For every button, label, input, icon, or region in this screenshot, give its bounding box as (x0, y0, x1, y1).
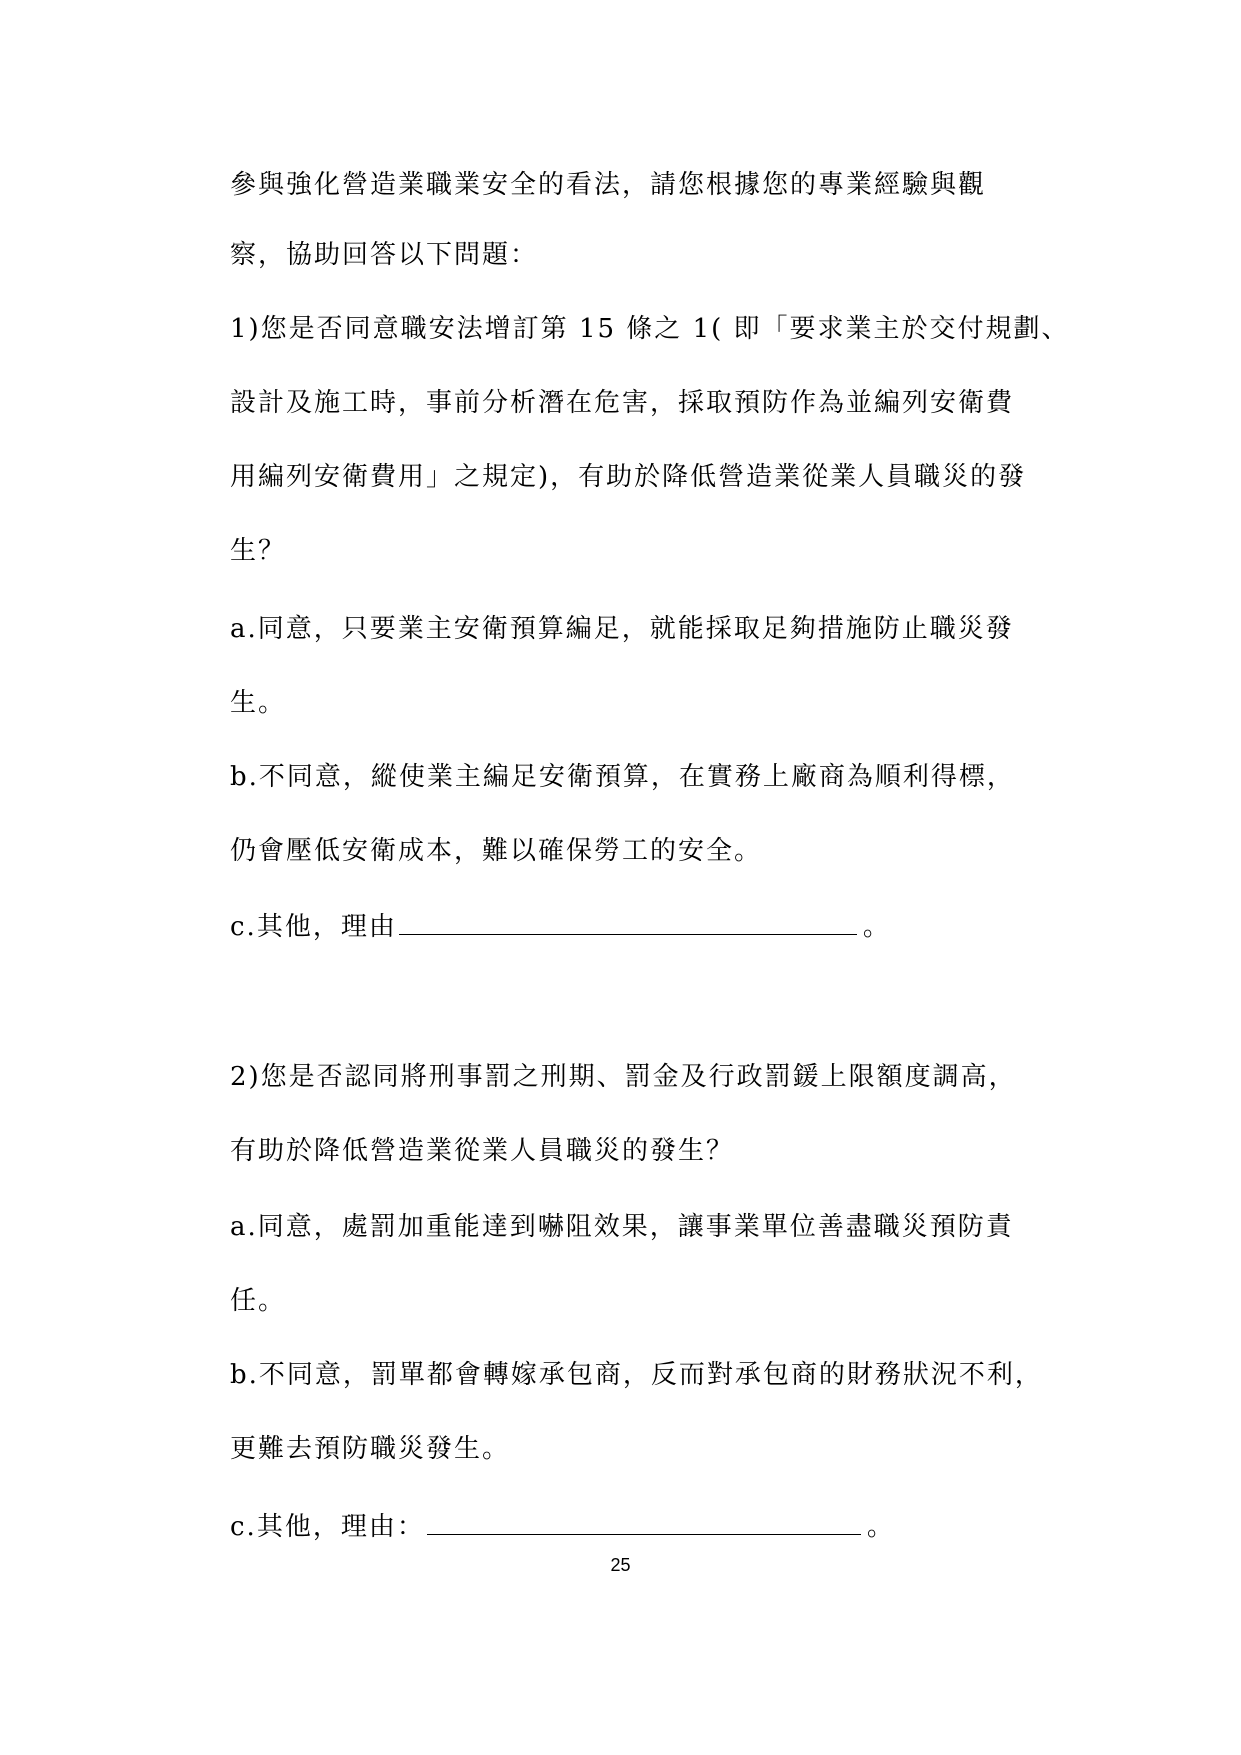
question-1-option-c-end: 。 (863, 912, 891, 942)
question-2-option-c: c.其他，理由：。 (230, 1508, 895, 1544)
intro-line-1: 參與強化營造業職業安全的看法，請您根據您的專業經驗與觀 (230, 168, 986, 202)
question-1-line-3: 用編列安衛費用」之規定)，有助於降低營造業從業人員職災的發 (230, 460, 1026, 494)
question-1-line-1: 1)您是否同意職安法增訂第 15 條之 1( 即「要求業主於交付規劃、 (230, 312, 1070, 346)
question-1-option-b-line-2: 仍會壓低安衛成本，難以確保勞工的安全。 (230, 834, 762, 868)
question-1-reason-blank[interactable] (399, 908, 857, 935)
question-2-line-1: 2)您是否認同將刑事罰之刑期、罰金及行政罰鍰上限額度調高， (230, 1060, 1017, 1094)
question-2-option-a-line-1: a.同意，處罰加重能達到嚇阻效果，讓事業單位善盡職災預防責 (230, 1210, 1014, 1244)
question-1-line-4: 生？ (230, 534, 286, 568)
question-2-option-b-line-2: 更難去預防職災發生。 (230, 1432, 510, 1466)
question-2-reason-blank[interactable] (427, 1508, 861, 1535)
question-1-option-a-line-2: 生。 (230, 686, 286, 720)
page-number: 25 (0, 1554, 1241, 1576)
question-2-line-2: 有助於降低營造業從業人員職災的發生？ (230, 1134, 734, 1168)
question-1-line-2: 設計及施工時，事前分析潛在危害，採取預防作為並編列安衛費 (230, 386, 1014, 420)
document-page: 參與強化營造業職業安全的看法，請您根據您的專業經驗與觀 察，協助回答以下問題： … (0, 0, 1241, 1755)
question-1-option-c-label: c.其他，理由 (230, 912, 397, 942)
question-2-option-c-label: c.其他，理由： (230, 1512, 425, 1542)
intro-line-2: 察，協助回答以下問題： (230, 238, 538, 272)
question-2-option-c-end: 。 (867, 1512, 895, 1542)
question-1-option-a-line-1: a.同意，只要業主安衛預算編足，就能採取足夠措施防止職災發 (230, 612, 1014, 646)
question-2-option-a-line-2: 任。 (230, 1284, 286, 1318)
question-2-option-b-line-1: b.不同意，罰單都會轉嫁承包商，反而對承包商的財務狀況不利， (230, 1358, 1043, 1392)
question-1-option-c: c.其他，理由。 (230, 908, 891, 944)
question-1-option-b-line-1: b.不同意，縱使業主編足安衛預算，在實務上廠商為順利得標， (230, 760, 1015, 794)
